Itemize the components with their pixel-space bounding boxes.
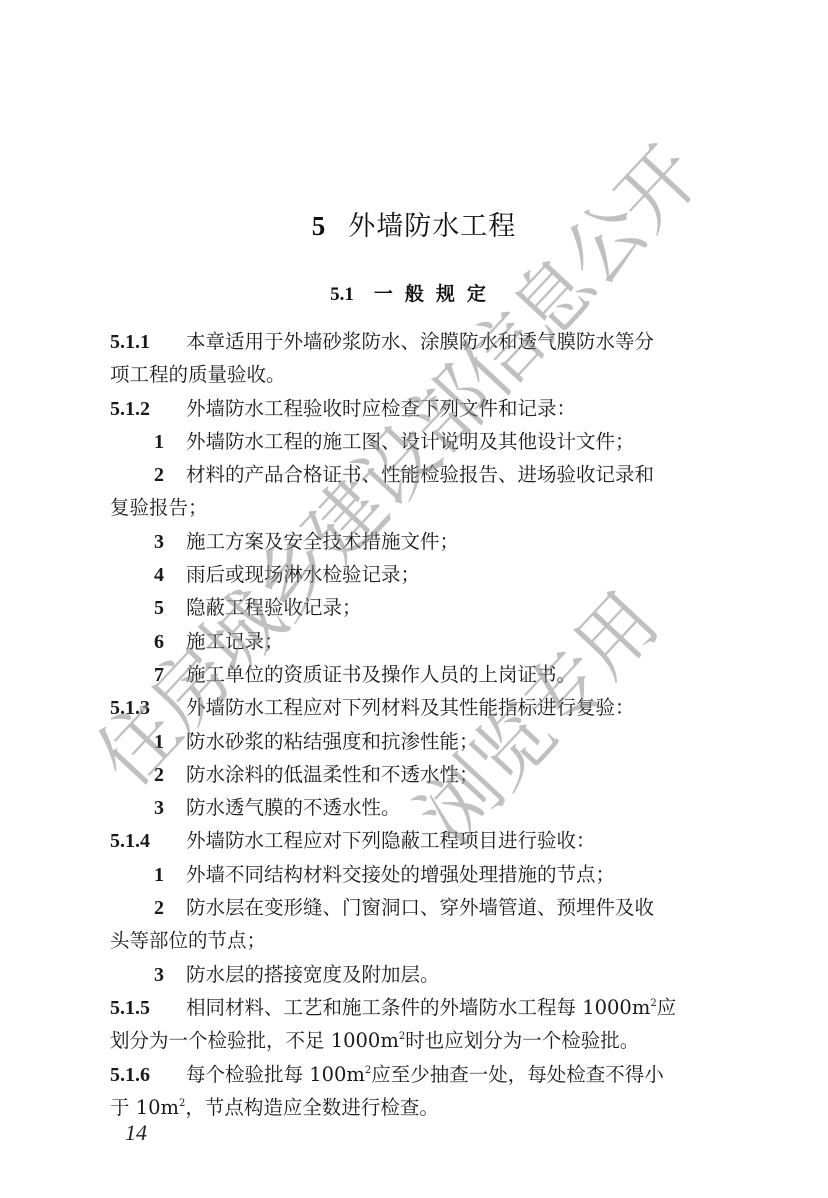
item-text: 外墙防水工程的施工图、设计说明及其他设计文件； (186, 430, 635, 453)
clause-5-1-6-line-1: 5.1.6每个检验批每 100m2应至少抽查一处，每处检查不得小 (110, 1058, 725, 1091)
list-item: 3防水层的搭接宽度及附加层。 (110, 958, 725, 991)
chapter-number: 5 (312, 211, 327, 241)
item-number: 3 (154, 959, 186, 992)
item-number: 2 (154, 892, 186, 925)
clause-number: 5.1.3 (110, 692, 186, 725)
item-number: 3 (154, 792, 186, 825)
chapter-title-text: 外墙防水工程 (348, 211, 516, 242)
list-item: 2防水层在变形缝、门窗洞口、穿外墙管道、预埋件及收 (110, 891, 725, 924)
clause-text: 外墙防水工程验收时应检查下列文件和记录： (186, 397, 576, 420)
clause-5-1-1-line-2: 项工程的质量验收。 (110, 358, 725, 391)
clause-5-1-1-line-1: 5.1.1本章适用于外墙砂浆防水、涂膜防水和透气膜防水等分 (110, 325, 725, 358)
section-title: 5.1一般规定 (0, 279, 828, 306)
item-number: 6 (154, 626, 186, 659)
clause-text: 每个检验批每 100m (186, 1063, 365, 1086)
clause-text: 于 10m (110, 1096, 179, 1119)
clause-text: 划分为一个检验批，不足 1000m (110, 1029, 399, 1052)
item-text: 隐蔽工程验收记录； (186, 596, 362, 619)
item-text: 施工记录； (186, 630, 284, 653)
list-item: 3防水透气膜的不透水性。 (110, 791, 725, 824)
list-item: 2防水涂料的低温柔性和不透水性； (110, 758, 725, 791)
item-text: 防水层的搭接宽度及附加层。 (186, 963, 440, 986)
clause-text: 应 (657, 996, 677, 1019)
clause-5-1-2: 5.1.2外墙防水工程验收时应检查下列文件和记录： (110, 392, 725, 425)
body-text: 5.1.1本章适用于外墙砂浆防水、涂膜防水和透气膜防水等分 项工程的质量验收。 … (110, 325, 725, 1124)
item-text: 头等部位的节点； (110, 929, 266, 952)
item-number: 5 (154, 592, 186, 625)
item-text: 材料的产品合格证书、性能检验报告、进场验收记录和 (186, 463, 654, 486)
list-item-continuation: 复验报告； (110, 491, 725, 524)
clause-text: 时也应划分为一个检验批。 (405, 1029, 639, 1052)
list-item: 4雨后或现场淋水检验记录； (110, 558, 725, 591)
list-item: 2材料的产品合格证书、性能检验报告、进场验收记录和 (110, 458, 725, 491)
clause-number: 5.1.1 (110, 326, 186, 359)
item-text: 防水透气膜的不透水性。 (186, 796, 401, 819)
item-text: 雨后或现场淋水检验记录； (186, 563, 420, 586)
item-text: 外墙不同结构材料交接处的增强处理措施的节点； (186, 863, 615, 886)
item-text: 施工方案及安全技术措施文件； (186, 530, 459, 553)
list-item-continuation: 头等部位的节点； (110, 924, 725, 957)
list-item: 6施工记录； (110, 625, 725, 658)
document-page: 5外墙防水工程 5.1一般规定 5.1.1本章适用于外墙砂浆防水、涂膜防水和透气… (0, 0, 828, 1198)
clause-text: 外墙防水工程应对下列隐蔽工程项目进行验收： (186, 829, 596, 852)
clause-text: 相同材料、工艺和施工条件的外墙防水工程每 1000m (186, 996, 650, 1019)
item-number: 1 (154, 726, 186, 759)
item-text: 防水砂浆的粘结强度和抗渗性能； (186, 730, 479, 753)
clause-number: 5.1.5 (110, 992, 186, 1025)
clause-5-1-5-line-1: 5.1.5相同材料、工艺和施工条件的外墙防水工程每 1000m2应 (110, 991, 725, 1024)
item-text: 复验报告； (110, 496, 208, 519)
list-item: 1外墙防水工程的施工图、设计说明及其他设计文件； (110, 425, 725, 458)
list-item: 3施工方案及安全技术措施文件； (110, 525, 725, 558)
list-item: 1外墙不同结构材料交接处的增强处理措施的节点； (110, 858, 725, 891)
clause-number: 5.1.2 (110, 393, 186, 426)
item-number: 1 (154, 859, 186, 892)
item-number: 4 (154, 559, 186, 592)
item-number: 7 (154, 659, 186, 692)
clause-number: 5.1.4 (110, 825, 186, 858)
page-number: 14 (125, 1120, 147, 1146)
list-item: 1防水砂浆的粘结强度和抗渗性能； (110, 725, 725, 758)
clause-number: 5.1.6 (110, 1059, 186, 1092)
item-text: 施工单位的资质证书及操作人员的上岗证书。 (186, 663, 576, 686)
clause-text: 项工程的质量验收。 (110, 363, 286, 386)
list-item: 7施工单位的资质证书及操作人员的上岗证书。 (110, 658, 725, 691)
section-number: 5.1 (330, 284, 354, 305)
item-number: 2 (154, 759, 186, 792)
clause-5-1-5-line-2: 划分为一个检验批，不足 1000m2时也应划分为一个检验批。 (110, 1024, 725, 1057)
clause-5-1-3: 5.1.3外墙防水工程应对下列材料及其性能指标进行复验： (110, 691, 725, 724)
chapter-title: 5外墙防水工程 (0, 204, 828, 243)
clause-text: 应至少抽查一处，每处检查不得小 (371, 1063, 664, 1086)
item-text: 防水涂料的低温柔性和不透水性； (186, 763, 479, 786)
item-number: 1 (154, 426, 186, 459)
list-item: 5隐蔽工程验收记录； (110, 591, 725, 624)
clause-text: ，节点构造应全数进行检查。 (185, 1096, 439, 1119)
clause-5-1-6-line-2: 于 10m2，节点构造应全数进行检查。 (110, 1091, 725, 1124)
clause-5-1-4: 5.1.4外墙防水工程应对下列隐蔽工程项目进行验收： (110, 824, 725, 857)
item-number: 3 (154, 526, 186, 559)
item-number: 2 (154, 459, 186, 492)
clause-text: 外墙防水工程应对下列材料及其性能指标进行复验： (186, 696, 635, 719)
item-text: 防水层在变形缝、门窗洞口、穿外墙管道、预埋件及收 (186, 896, 654, 919)
clause-text: 本章适用于外墙砂浆防水、涂膜防水和透气膜防水等分 (186, 330, 654, 353)
section-title-text: 一般规定 (374, 283, 498, 305)
